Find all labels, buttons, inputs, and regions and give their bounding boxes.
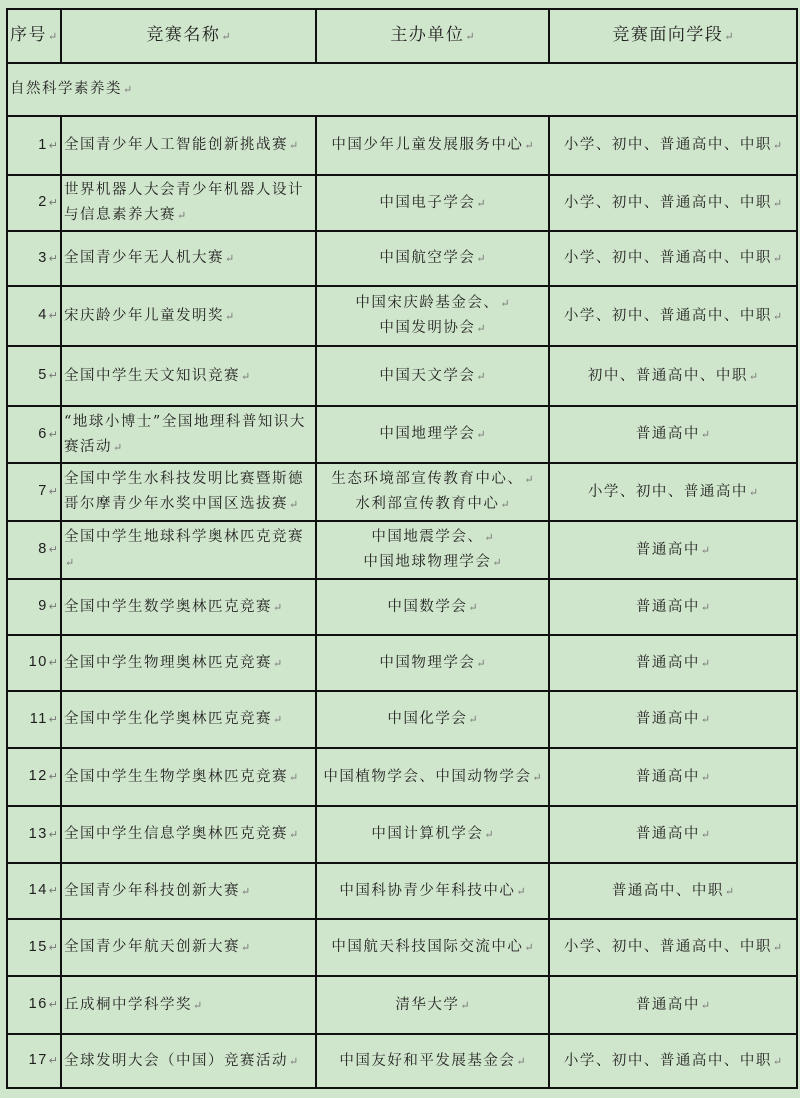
organizer: 中国天文学会↵ <box>316 346 549 406</box>
organizer-text: 中国少年儿童发展服务中心 <box>331 137 523 153</box>
return-mark-icon: ↵ <box>289 498 298 511</box>
row-number: 13↵ <box>7 806 61 863</box>
category-row: 自然科学素养类↵ <box>7 63 797 116</box>
header-level: 竞赛面向学段↵ <box>549 9 797 63</box>
return-mark-icon: ↵ <box>49 714 58 726</box>
header-no: 序号↵ <box>7 9 61 63</box>
return-mark-icon: ↵ <box>289 139 298 152</box>
table-row: 12↵全国中学生生物学奥林匹克竞赛↵中国植物学会、中国动物学会↵普通高中↵ <box>7 748 797 806</box>
return-mark-icon: ↵ <box>524 139 533 152</box>
education-level: 普通高中↵ <box>549 521 797 579</box>
competition-name: 全国中学生信息学奥林匹克竞赛↵ <box>61 806 316 863</box>
return-mark-icon: ↵ <box>500 498 509 511</box>
return-mark-icon: ↵ <box>476 428 485 441</box>
row-number: 6↵ <box>7 406 61 463</box>
organizer-text: 中国植物学会、中国动物学会 <box>323 769 531 785</box>
header-organizer: 主办单位↵ <box>316 9 549 63</box>
return-mark-icon: ↵ <box>49 544 58 556</box>
return-mark-icon: ↵ <box>773 252 782 265</box>
organizer-text: 中国计算机学会 <box>371 826 483 842</box>
row-number: 9↵ <box>7 579 61 635</box>
competition-name: 全国中学生水科技发明比赛暨斯德哥尔摩青少年水奖中国区选拔赛↵ <box>61 463 316 521</box>
competition-name: 丘成桐中学科学奖↵ <box>61 976 316 1034</box>
return-mark-icon: ↵ <box>724 30 733 43</box>
organizer-text: 中国科协青少年科技中心 <box>339 883 515 899</box>
education-level: 普通高中、中职↵ <box>549 863 797 919</box>
organizer: 中国少年儿童发展服务中心↵ <box>316 116 549 175</box>
competition-name: 世界机器人大会青少年机器人设计与信息素养大赛↵ <box>61 175 316 231</box>
return-mark-icon: ↵ <box>465 30 474 43</box>
organizer-text: 中国化学会 <box>387 711 467 727</box>
row-number: 14↵ <box>7 863 61 919</box>
return-mark-icon: ↵ <box>476 657 485 670</box>
return-mark-icon: ↵ <box>701 999 710 1012</box>
competition-name: 全国青少年无人机大赛↵ <box>61 231 316 286</box>
organizer-text: 中国友好和平发展基金会 <box>339 1053 515 1069</box>
education-level: 小学、初中、普通高中、中职↵ <box>549 116 797 175</box>
return-mark-icon: ↵ <box>484 828 493 841</box>
category-label: 自然科学素养类↵ <box>7 63 797 116</box>
return-mark-icon: ↵ <box>773 197 782 210</box>
return-mark-icon: ↵ <box>49 429 58 441</box>
table-row: 5↵全国中学生天文知识竞赛↵中国天文学会↵初中、普通高中、中职↵ <box>7 346 797 406</box>
organizer: 中国计算机学会↵ <box>316 806 549 863</box>
organizer: 中国友好和平发展基金会↵ <box>316 1034 549 1088</box>
row-number: 12↵ <box>7 748 61 806</box>
return-mark-icon: ↵ <box>65 556 74 569</box>
return-mark-icon: ↵ <box>273 657 282 670</box>
table-row: 1↵全国青少年人工智能创新挑战赛↵中国少年儿童发展服务中心↵小学、初中、普通高中… <box>7 116 797 175</box>
organizer-text: 中国地理学会 <box>379 426 475 442</box>
return-mark-icon: ↵ <box>476 370 485 383</box>
education-level: 普通高中↵ <box>549 748 797 806</box>
return-mark-icon: ↵ <box>273 713 282 726</box>
row-number: 4↵ <box>7 286 61 346</box>
organizer-text: 清华大学 <box>395 997 459 1013</box>
organizer-text: 中国航天科技国际交流中心 <box>331 939 523 955</box>
return-mark-icon: ↵ <box>701 544 710 557</box>
return-mark-icon: ↵ <box>701 657 710 670</box>
return-mark-icon: ↵ <box>516 885 525 898</box>
education-level: 普通高中↵ <box>549 691 797 748</box>
return-mark-icon: ↵ <box>49 657 58 669</box>
return-mark-icon: ↵ <box>773 310 782 323</box>
return-mark-icon: ↵ <box>468 713 477 726</box>
return-mark-icon: ↵ <box>773 1055 782 1068</box>
organizer-line: 生态环境部宣传教育中心、 <box>331 471 523 487</box>
competition-name: 全球发明大会（中国）竞赛活动↵ <box>61 1034 316 1088</box>
return-mark-icon: ↵ <box>49 999 58 1011</box>
organizer-text: 中国天文学会 <box>379 368 475 384</box>
organizer: 中国地理学会↵ <box>316 406 549 463</box>
organizer-text: 中国物理学会 <box>379 655 475 671</box>
row-number: 3↵ <box>7 231 61 286</box>
competition-name: “地球小博士”全国地理科普知识大赛活动↵ <box>61 406 316 463</box>
return-mark-icon: ↵ <box>516 1055 525 1068</box>
organizer: 中国地震学会、↵中国地球物理学会↵ <box>316 521 549 579</box>
table-row: 10↵全国中学生物理奥林匹克竞赛↵中国物理学会↵普通高中↵ <box>7 635 797 691</box>
organizer-text: 中国航空学会 <box>379 250 475 266</box>
return-mark-icon: ↵ <box>49 771 58 783</box>
return-mark-icon: ↵ <box>524 473 533 486</box>
education-level: 普通高中↵ <box>549 406 797 463</box>
education-level: 小学、初中、普通高中、中职↵ <box>549 286 797 346</box>
row-number: 15↵ <box>7 919 61 976</box>
education-level: 普通高中↵ <box>549 635 797 691</box>
header-row: 序号↵ 竞赛名称↵ 主办单位↵ 竞赛面向学段↵ <box>7 9 797 63</box>
education-level: 小学、初中、普通高中↵ <box>549 463 797 521</box>
competition-name: 全国青少年科技创新大赛↵ <box>61 863 316 919</box>
return-mark-icon: ↵ <box>49 601 58 613</box>
organizer: 中国科协青少年科技中心↵ <box>316 863 549 919</box>
row-number: 5↵ <box>7 346 61 406</box>
return-mark-icon: ↵ <box>225 310 234 323</box>
return-mark-icon: ↵ <box>476 197 485 210</box>
row-number: 7↵ <box>7 463 61 521</box>
return-mark-icon: ↵ <box>49 942 58 954</box>
return-mark-icon: ↵ <box>492 556 501 569</box>
table-row: 9↵全国中学生数学奥林匹克竞赛↵中国数学会↵普通高中↵ <box>7 579 797 635</box>
return-mark-icon: ↵ <box>289 771 298 784</box>
return-mark-icon: ↵ <box>48 30 57 43</box>
organizer: 中国宋庆龄基金会、↵中国发明协会↵ <box>316 286 549 346</box>
organizer: 中国电子学会↵ <box>316 175 549 231</box>
row-number: 11↵ <box>7 691 61 748</box>
return-mark-icon: ↵ <box>49 486 58 498</box>
return-mark-icon: ↵ <box>701 428 710 441</box>
table-row: 14↵全国青少年科技创新大赛↵中国科协青少年科技中心↵普通高中、中职↵ <box>7 863 797 919</box>
return-mark-icon: ↵ <box>49 310 58 322</box>
organizer-line: 中国地震学会、 <box>371 529 483 545</box>
organizer: 中国化学会↵ <box>316 691 549 748</box>
return-mark-icon: ↵ <box>49 197 58 209</box>
row-number: 16↵ <box>7 976 61 1034</box>
return-mark-icon: ↵ <box>289 1055 298 1068</box>
return-mark-icon: ↵ <box>476 322 485 335</box>
competition-name: 全国青少年航天创新大赛↵ <box>61 919 316 976</box>
row-number: 17↵ <box>7 1034 61 1088</box>
return-mark-icon: ↵ <box>49 140 58 152</box>
education-level: 小学、初中、普通高中、中职↵ <box>549 175 797 231</box>
return-mark-icon: ↵ <box>241 941 250 954</box>
table-row: 15↵全国青少年航天创新大赛↵中国航天科技国际交流中心↵小学、初中、普通高中、中… <box>7 919 797 976</box>
return-mark-icon: ↵ <box>113 441 122 454</box>
return-mark-icon: ↵ <box>177 209 186 222</box>
competition-name: 全国中学生化学奥林匹克竞赛↵ <box>61 691 316 748</box>
table-row: 2↵世界机器人大会青少年机器人设计与信息素养大赛↵中国电子学会↵小学、初中、普通… <box>7 175 797 231</box>
row-number: 2↵ <box>7 175 61 231</box>
organizer: 中国植物学会、中国动物学会↵ <box>316 748 549 806</box>
table-row: 6↵“地球小博士”全国地理科普知识大赛活动↵中国地理学会↵普通高中↵ <box>7 406 797 463</box>
return-mark-icon: ↵ <box>484 531 493 544</box>
row-number: 10↵ <box>7 635 61 691</box>
return-mark-icon: ↵ <box>532 771 541 784</box>
organizer-line: 水利部宣传教育中心 <box>355 496 499 512</box>
education-level: 初中、普通高中、中职↵ <box>549 346 797 406</box>
table-row: 4↵宋庆龄少年儿童发明奖↵中国宋庆龄基金会、↵中国发明协会↵小学、初中、普通高中… <box>7 286 797 346</box>
return-mark-icon: ↵ <box>476 252 485 265</box>
competition-name: 全国中学生地球科学奥林匹克竞赛↵ <box>61 521 316 579</box>
return-mark-icon: ↵ <box>221 30 230 43</box>
table-row: 13↵全国中学生信息学奥林匹克竞赛↵中国计算机学会↵普通高中↵ <box>7 806 797 863</box>
return-mark-icon: ↵ <box>749 486 758 499</box>
return-mark-icon: ↵ <box>49 885 58 897</box>
education-level: 小学、初中、普通高中、中职↵ <box>549 1034 797 1088</box>
table-row: 17↵全球发明大会（中国）竞赛活动↵中国友好和平发展基金会↵小学、初中、普通高中… <box>7 1034 797 1088</box>
organizer: 中国航空学会↵ <box>316 231 549 286</box>
return-mark-icon: ↵ <box>273 601 282 614</box>
return-mark-icon: ↵ <box>460 999 469 1012</box>
return-mark-icon: ↵ <box>773 941 782 954</box>
return-mark-icon: ↵ <box>289 828 298 841</box>
table-row: 11↵全国中学生化学奥林匹克竞赛↵中国化学会↵普通高中↵ <box>7 691 797 748</box>
education-level: 普通高中↵ <box>549 806 797 863</box>
organizer: 中国物理学会↵ <box>316 635 549 691</box>
return-mark-icon: ↵ <box>524 941 533 954</box>
table-row: 16↵丘成桐中学科学奖↵清华大学↵普通高中↵ <box>7 976 797 1034</box>
return-mark-icon: ↵ <box>241 885 250 898</box>
return-mark-icon: ↵ <box>701 601 710 614</box>
table-row: 3↵全国青少年无人机大赛↵中国航空学会↵小学、初中、普通高中、中职↵ <box>7 231 797 286</box>
return-mark-icon: ↵ <box>500 297 509 310</box>
return-mark-icon: ↵ <box>123 83 132 96</box>
organizer-line: 中国发明协会 <box>379 320 475 336</box>
header-name: 竞赛名称↵ <box>61 9 316 63</box>
competition-name: 全国中学生数学奥林匹克竞赛↵ <box>61 579 316 635</box>
organizer: 中国航天科技国际交流中心↵ <box>316 919 549 976</box>
table-row: 7↵全国中学生水科技发明比赛暨斯德哥尔摩青少年水奖中国区选拔赛↵生态环境部宣传教… <box>7 463 797 521</box>
return-mark-icon: ↵ <box>49 253 58 265</box>
competition-name: 全国中学生天文知识竞赛↵ <box>61 346 316 406</box>
return-mark-icon: ↵ <box>773 139 782 152</box>
education-level: 小学、初中、普通高中、中职↵ <box>549 919 797 976</box>
return-mark-icon: ↵ <box>701 713 710 726</box>
organizer-line: 中国地球物理学会 <box>363 554 491 570</box>
education-level: 小学、初中、普通高中、中职↵ <box>549 231 797 286</box>
competition-name: 宋庆龄少年儿童发明奖↵ <box>61 286 316 346</box>
return-mark-icon: ↵ <box>725 885 734 898</box>
competition-name: 全国中学生生物学奥林匹克竞赛↵ <box>61 748 316 806</box>
return-mark-icon: ↵ <box>241 370 250 383</box>
organizer: 中国数学会↵ <box>316 579 549 635</box>
return-mark-icon: ↵ <box>701 828 710 841</box>
table-row: 8↵全国中学生地球科学奥林匹克竞赛↵中国地震学会、↵中国地球物理学会↵普通高中↵ <box>7 521 797 579</box>
return-mark-icon: ↵ <box>49 829 58 841</box>
competition-name: 全国中学生物理奥林匹克竞赛↵ <box>61 635 316 691</box>
return-mark-icon: ↵ <box>701 771 710 784</box>
education-level: 普通高中↵ <box>549 579 797 635</box>
organizer-line: 中国宋庆龄基金会、 <box>355 295 499 311</box>
organizer-text: 中国电子学会 <box>379 195 475 211</box>
organizer-text: 中国数学会 <box>387 599 467 615</box>
return-mark-icon: ↵ <box>749 370 758 383</box>
return-mark-icon: ↵ <box>49 370 58 382</box>
education-level: 普通高中↵ <box>549 976 797 1034</box>
return-mark-icon: ↵ <box>225 252 234 265</box>
return-mark-icon: ↵ <box>193 999 202 1012</box>
competition-name: 全国青少年人工智能创新挑战赛↵ <box>61 116 316 175</box>
return-mark-icon: ↵ <box>49 1055 58 1067</box>
competition-table: 序号↵ 竞赛名称↵ 主办单位↵ 竞赛面向学段↵ 自然科学素养类↵ 1↵全国青少年… <box>6 8 798 1089</box>
row-number: 1↵ <box>7 116 61 175</box>
return-mark-icon: ↵ <box>468 601 477 614</box>
organizer: 生态环境部宣传教育中心、↵水利部宣传教育中心↵ <box>316 463 549 521</box>
row-number: 8↵ <box>7 521 61 579</box>
organizer: 清华大学↵ <box>316 976 549 1034</box>
